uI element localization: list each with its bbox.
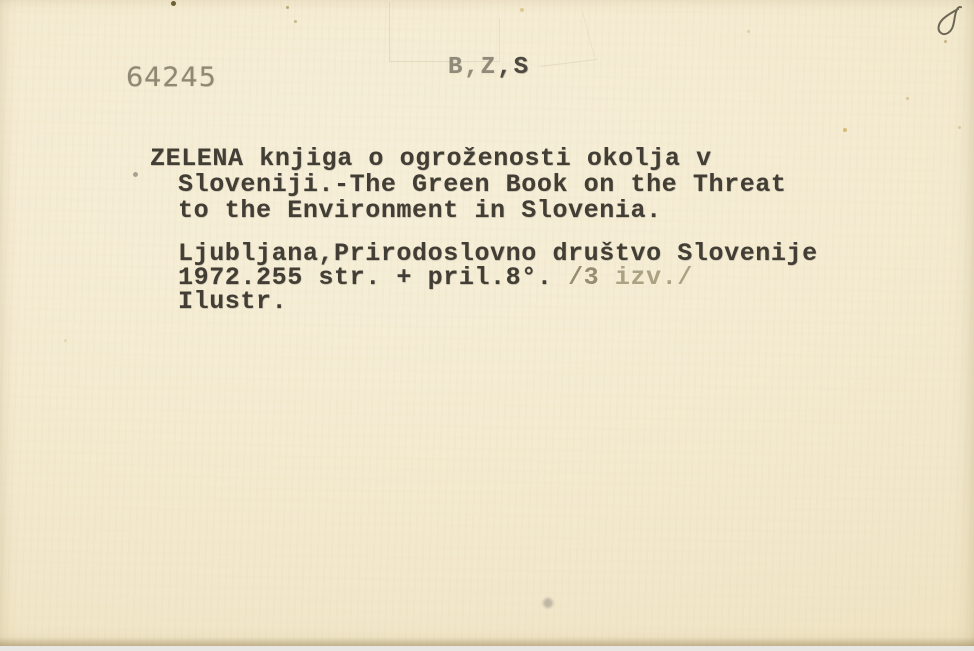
- paper-speck: [294, 20, 297, 23]
- catalog-card: 64245 B,Z,S ZELENA knjiga o ogroženosti …: [0, 0, 974, 651]
- paper-texture: [0, 0, 974, 651]
- copies-count: /3: [552, 263, 599, 292]
- imprint-statement: Ljubljana,Prirodoslovno društvo Slovenij…: [178, 242, 818, 314]
- paper-crease: [389, 2, 390, 62]
- paper-crease: [540, 59, 598, 67]
- imprint-line-3: Ilustr.: [178, 290, 818, 314]
- paper-speck: [520, 8, 524, 12]
- paper-speck: [543, 598, 553, 608]
- paper-speck: [944, 40, 947, 43]
- title-line-3: to the Environment in Slovenia.: [178, 198, 787, 224]
- paper-speck: [64, 339, 67, 342]
- paper-speck: [906, 97, 909, 100]
- paper-speck: [133, 172, 138, 177]
- copies-label: izv./: [599, 263, 693, 292]
- title-line-2: Sloveniji.-The Green Book on the Threat: [178, 172, 787, 198]
- accession-number: 64245: [126, 62, 217, 93]
- scanner-edge: [0, 646, 974, 651]
- classification-bold: ,S: [497, 54, 530, 81]
- classification-code: B,Z,S: [448, 56, 530, 80]
- title-line-1: ZELENA knjiga o ogroženosti okolja v: [150, 146, 787, 172]
- paper-speck: [747, 30, 750, 33]
- paper-speck: [171, 1, 176, 6]
- paper-speck: [286, 6, 289, 9]
- paper-speck: [958, 126, 961, 129]
- title-statement: ZELENA knjiga o ogroženosti okolja v Slo…: [150, 146, 787, 224]
- paper-crease: [582, 12, 595, 57]
- handwritten-mark-icon: [934, 6, 962, 38]
- classification-faint: B,Z: [448, 54, 497, 81]
- paper-speck: [843, 128, 847, 132]
- card-bottom-shadow: [0, 637, 974, 646]
